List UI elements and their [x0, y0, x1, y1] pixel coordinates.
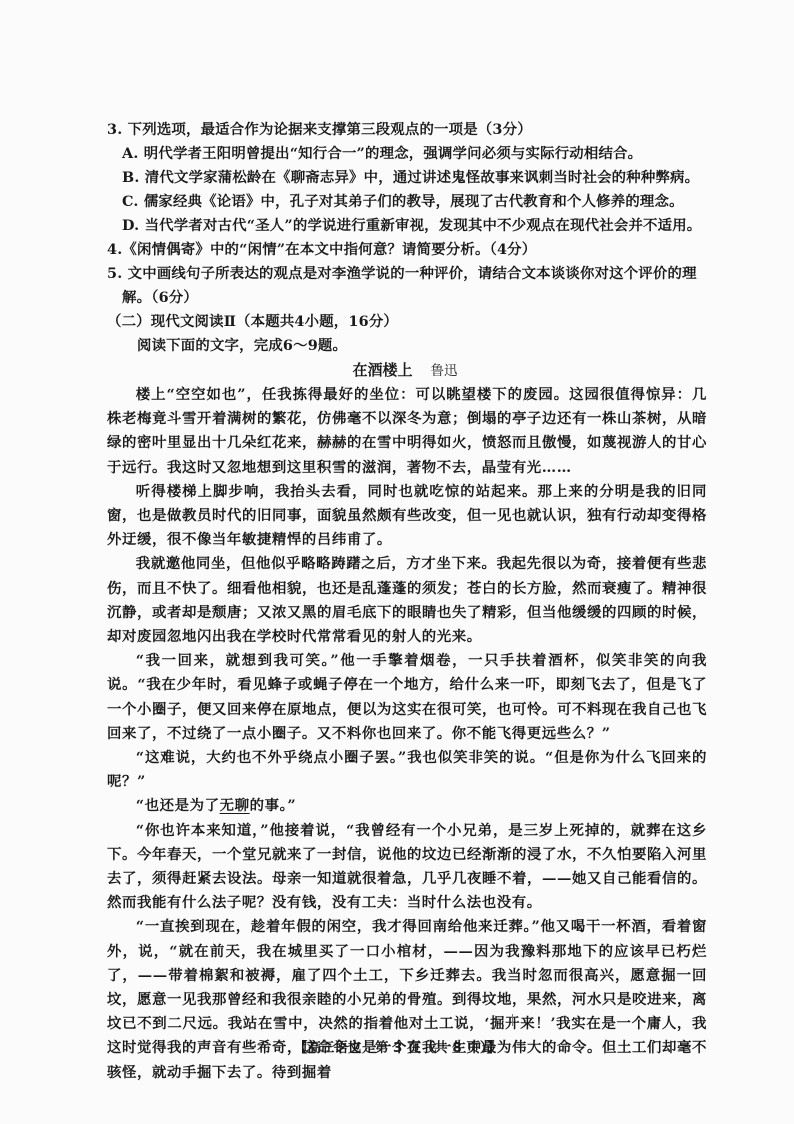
- paragraph: “一直挨到现在，趁着年假的闲空，我才得回南给他来迁葬。”他又喝干一杯酒，看着窗外…: [107, 915, 707, 1084]
- paragraph: 听得楼梯上脚步响，我抬头去看，同时也就吃惊的站起来。那上来的分明是我的旧同窗，也…: [107, 480, 707, 553]
- question-3-stem: 3. 下列选项，最适合作为论据来支撑第三段观点的一项是（3分）: [107, 118, 707, 142]
- article-title: 在酒楼上: [352, 361, 412, 379]
- question-3-option-b: B. 清代文学家蒲松龄在《聊斋志异》中，通过讲述鬼怪故事来讽刺当时社会的种种弊病…: [107, 166, 707, 190]
- article-body: 楼上“空空如也”，任我拣得最好的坐位：可以眺望楼下的废园。这园很值得惊异：几株老…: [107, 383, 707, 1085]
- question-5-line-2: 解。（6分）: [107, 286, 707, 310]
- section-heading: （二）现代文阅读Ⅱ（本题共4小题，16分）: [107, 310, 707, 334]
- paragraph: “这难说，大约也不外乎绕点小圈子罢。”我也似笑非笑的说。“但是你为什么飞回来的呢…: [107, 746, 707, 794]
- reply-text-pre: “也还是为了: [136, 797, 220, 814]
- page-footer: 【高三语文 第 3 页（共 8 页）】: [0, 1036, 794, 1056]
- question-4: 4.《闲情偶寄》中的“闲情”在本文中指何意？请简要分析。（4分）: [107, 238, 707, 262]
- article-author: 鲁迅: [431, 363, 458, 379]
- paragraph: “你也许本来知道，”他接着说，“我曾经有一个小兄弟，是三岁上死掉的，就葬在这乡下…: [107, 819, 707, 916]
- paragraph: “我一回来，就想到我可笑。”他一手擎着烟卷，一只手扶着酒杯，似笑非笑的向我说。“…: [107, 649, 707, 746]
- scan-mark: [512, 1014, 513, 1026]
- section-instruction: 阅读下面的文字，完成6～9题。: [107, 334, 707, 358]
- question-3-option-c: C. 儒家经典《论语》中，孔子对其弟子们的教导，展现了古代教育和个人修养的理念。: [107, 190, 707, 214]
- paragraph: 我就邀他同坐，但他似乎略略踌躇之后，方才坐下来。我起先很以为奇，接着便有些悲伤，…: [107, 552, 707, 649]
- reply-text-post: 的事。”: [250, 797, 297, 814]
- paragraph-reply: “也还是为了无聊的事。”: [107, 794, 707, 818]
- question-5-line-1: 5. 文中画线句子所表达的观点是对李渔学说的一种评价，请结合文本谈谈你对这个评价…: [107, 262, 707, 286]
- question-3-option-a: A. 明代学者王阳明曾提出“知行合一”的理念，强调学问必须与实际行动相结合。: [107, 142, 707, 166]
- underlined-phrase: 无聊: [220, 797, 250, 814]
- article-title-row: 在酒楼上鲁迅: [103, 358, 707, 383]
- question-3-option-d: D. 当代学者对古代“圣人”的学说进行重新审视，发现其中不少观点在现代社会并不适…: [107, 214, 707, 238]
- exam-page: 3. 下列选项，最适合作为论据来支撑第三段观点的一项是（3分） A. 明代学者王…: [107, 118, 707, 1085]
- paragraph: 楼上“空空如也”，任我拣得最好的坐位：可以眺望楼下的废园。这园很值得惊异：几株老…: [107, 383, 707, 480]
